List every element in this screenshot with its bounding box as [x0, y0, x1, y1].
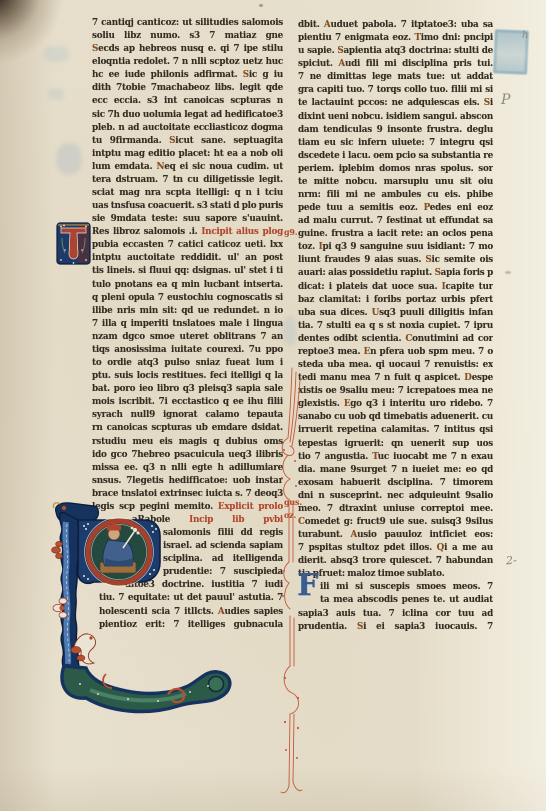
text-line: uba sua dices. Usq3 puuli diligitis infa… — [298, 307, 493, 320]
text-line: sapia3 auis tua. 7 iclina cor tuu ad cog… — [298, 608, 493, 621]
text-line: 7 pspitas stultoz pdet illos. Qi a me au — [298, 542, 493, 555]
initial-f: F — [297, 570, 319, 604]
ink-speck — [259, 4, 263, 7]
text-line: to ordie atq3 pulso sniaz fueat lum i — [92, 357, 283, 370]
text-line: dia. mane 9surget 7 n iueiet me: eo qd — [298, 464, 493, 477]
pencil-mark-p: P — [501, 92, 510, 108]
text-line: lum emdata. Neq ei sic noua cudim. ut ue — [92, 161, 283, 174]
showthrough-smudge — [56, 143, 82, 175]
text-line: tia. 7 stulti ea q s st noxia cupiet. 7 … — [298, 320, 493, 333]
text-line: dscedete i lacu. oem pcio sa substantia … — [298, 150, 493, 163]
text-line: exosam habuerit dsciplina. 7 timorem — [298, 477, 493, 490]
text-line: tera dstruam. 7 tn cu diligetissie legit… — [92, 174, 283, 187]
text-line: prudentia. Si ei sapia3 iuocauis. 7 icli… — [298, 621, 493, 634]
margin-mark — [505, 271, 511, 274]
text-line: dixint ueni nobcu. isidiem sangui. absco… — [298, 111, 493, 124]
text-line: ido gco 7hebreo psacuicula ueq3 ilibris — [92, 449, 283, 462]
text-line: snsus. 7legetis hedifficatoe: uob instar… — [92, 475, 283, 488]
rubric-wrap-1: g9. — [284, 227, 297, 237]
text-line: tiqs anosissima iuitate courexi. 7u ppo — [92, 344, 283, 357]
text-line: intptu mag editio placet: ht ea a nob ol… — [92, 148, 283, 161]
showthrough-smudge — [48, 88, 64, 100]
text-line: ptu. suis locis restitues. feci itelligi… — [92, 370, 283, 383]
text-line: 7 illa q imperiti tnslatoes male i lingu… — [92, 318, 283, 331]
text-line: u sapie. Sapientia atq3 doctrina: stulti… — [298, 45, 493, 58]
text-line: irruerit repetina calamitas. 7 intitus q… — [298, 424, 493, 437]
pencil-mark-h: h — [522, 30, 528, 41]
text-line: ta mea abscodis penes te. ut audiat — [298, 594, 493, 607]
text-line: guine. frustra a iacit rete: an oclos pe… — [298, 228, 493, 241]
text-line: meo. 7 dtraxint uniuse correptoi mee. — [298, 503, 493, 516]
text-line: liunt fraudes 9 aias suas. Sic semite oi… — [298, 254, 493, 267]
text-line: eloqntia redolet. 7 n nlli scptoz uetz h… — [92, 56, 283, 69]
right-text-column: dbit. Auduet pabola. 7 itptatoe3: uba sa… — [298, 19, 493, 634]
text-line: dam tendiculas 9 insonte frustra. deglu — [298, 124, 493, 137]
text-line: tedi manu mea 7 n fuit q aspicet. Despe — [298, 372, 493, 385]
text-line: ad malu currut. 7 festinat ut effundat s… — [298, 215, 493, 228]
manuscript-page: 7 cantiqj canticoz: ut silitudies salomo… — [0, 0, 546, 811]
text-line: tia pfruet: maloz timoe sublato. — [298, 568, 493, 581]
text-line: 7 ne dimittas lege mats tue: ut addat — [298, 71, 493, 84]
text-line: pleb. n ad auctoitate eccliasticoz dogma — [92, 122, 283, 135]
text-line: dicat: i plateis dat uoce sua. Icapite t… — [298, 281, 493, 294]
text-line: pientiu 7 enigmata eoz. Timo dni: pncipi — [298, 32, 493, 45]
text-line: dni n susceprint. nec adquieuint 9salio — [298, 490, 493, 503]
text-line: te mitte nobcu. marsupiu unu sit oiu — [298, 176, 493, 189]
text-line: glexistis. Ego q3 i interitu uro ridebo.… — [298, 398, 493, 411]
text-line: nrm: fili mi ne ambules cu eis. phibe — [298, 189, 493, 202]
text-line: spiciut. Audi fili mi disciplina pris tu… — [298, 58, 493, 71]
text-line: tepestas igruerit: qn uenerit sup uos tb… — [298, 438, 493, 451]
text-line: xistis oe 9saliu meu: 7 icrepatoes mea n… — [298, 385, 493, 398]
text-line: te lactauint pccos: ne adquiescas eis. S… — [298, 97, 493, 110]
text-line: sic 7h duo uolumia legat ad hedificatoe3 — [92, 109, 283, 122]
text-line: dierit. absq3 trore quiescet. 7 habundan — [298, 555, 493, 568]
text-line: ilibe nris min sit: qd ue redundet. n io — [92, 305, 283, 318]
text-line: periem. iplebim domos nras spolus. sor — [298, 163, 493, 176]
text-line: sie 9mdata teste: suu sapore s'uauint. — [92, 213, 283, 226]
text-line: turabunt. Ausio pauuloz intficiet eos: — [298, 529, 493, 542]
text-line: ili mi si suscepis smoes meos. 7 mada — [298, 581, 493, 594]
text-line: mois iscribit. 7i ecctastico q ee ihu fi… — [92, 396, 283, 409]
text-line: sciat mag nra scpta itelligi: q n i tciu — [92, 187, 283, 200]
text-line: pede tuu a semitis eoz. Pedes eni eoz — [298, 202, 493, 215]
text-line: baz clamitat: i foribs portaz urbis pfer… — [298, 294, 493, 307]
text-line: toz. Ipi q3 9 sanguine suu isidiant: 7 m… — [298, 241, 493, 254]
initial-p-illumination — [50, 498, 245, 716]
text-line: Res libroz salomois .i. Incipit alius pl… — [92, 226, 283, 239]
text-line: gra capiti tuo. 7 torqs collo tuo. filii… — [298, 84, 493, 97]
text-line: tulo pnotans ea q min lucbant intserta. — [92, 279, 283, 292]
text-line: auari: aias possidetiu rapiut. Sapia for… — [298, 267, 493, 280]
text-line: 7 cantiqj canticoz: ut silitudies salomo… — [92, 17, 283, 30]
text-line: reptoe3 mea. En pfera uob spm meu. 7 o — [298, 346, 493, 359]
text-line: rstudiu meu eis magis q dubius oms — [92, 436, 283, 449]
text-line: ecc eccia. s3 int canoicas scpturas n re… — [92, 95, 283, 108]
text-line: tu 9firmanda. Sicut sane. septuagita — [92, 135, 283, 148]
text-line: nzam dgco smoe uteret oblitrans 7 an — [92, 331, 283, 344]
text-line: rn canoicas scpturas ub emdare dsidat. — [92, 422, 283, 435]
text-line: syrach null9 ignorat calamo tepauta — [92, 409, 283, 422]
text-line: soliu libz numo. s3 7 matiaz gne coequar… — [92, 30, 283, 43]
text-line: tis lineis. si fluui qq: dsignas. ul' st… — [92, 265, 283, 278]
text-line: tiam eu sic infern uiuete: 7 integru qsi — [298, 137, 493, 150]
showthrough-smudge — [43, 46, 69, 62]
text-line: q pleni opula 7 eustochiu cognoscatis si — [92, 292, 283, 305]
text-line: Secds ap hebreos nusq e. qi 7 ipe stilu … — [92, 43, 283, 56]
text-line: pubia eccasten 7 catici caticoz ueti. lx… — [92, 239, 283, 252]
text-line: uas tnsfusa coacuerit. s3 stati d plo pu… — [92, 200, 283, 213]
text-line: dbit. Auduet pabola. 7 itptatoe3: uba sa — [298, 19, 493, 32]
text-line: hc ee iude philonis adfirmat. Sic g iu — [92, 69, 283, 82]
initial-t-illumination — [55, 220, 92, 267]
text-line: missa ee. q3 n nlli egte h adillumiare — [92, 462, 283, 475]
showthrough-smudge — [282, 316, 297, 346]
text-line: bat. poro ieo libro q3 pleisq3 sapia sal… — [92, 383, 283, 396]
text-line: Comedet g: fruct9 uie sue. suisq3 9silus… — [298, 516, 493, 529]
text-line: dentes odibt scientia. Conutimini ad cor — [298, 333, 493, 346]
text-line: tio 7 angustia. Tuc iuocabt me 7 n exau — [298, 451, 493, 464]
text-line: steda uba mea. qi uocaui 7 renuistis: ex — [298, 359, 493, 372]
text-line: dith 7tobie 7machabeoz libs. legit qde — [92, 82, 283, 95]
text-line: sanabo cu uob qd timebatis aduenerit. cu — [298, 411, 493, 424]
text-line: intptu auctoitate reddidit. ul' an post — [92, 252, 283, 265]
pencil-mark-2: 2- — [506, 554, 518, 568]
